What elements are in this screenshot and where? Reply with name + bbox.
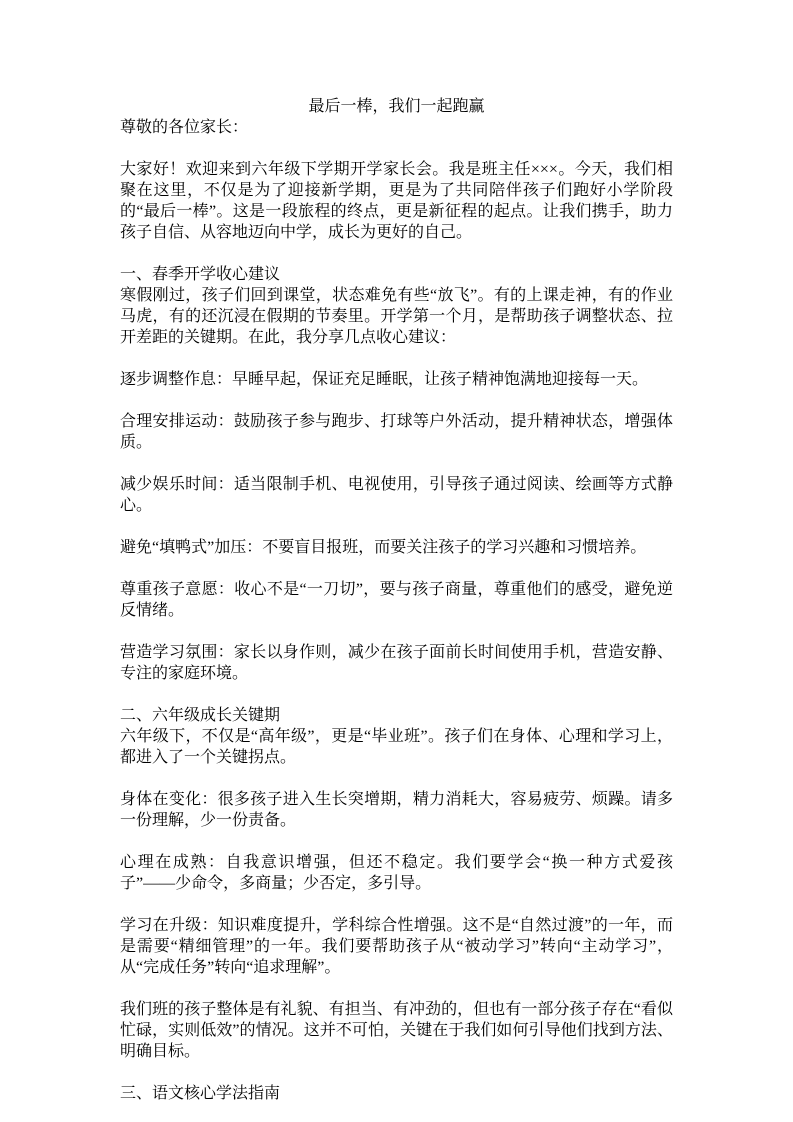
section-2-lead: 六年级下，不仅是“高年级”，更是“毕业班”。孩子们在身体、心理和学习上，都进入了… bbox=[120, 726, 673, 768]
section-1-tip-exercise: 合理安排运动：鼓励孩子参与跑步、打球等户外活动，提升精神状态，增强体质。 bbox=[120, 411, 673, 453]
section-1-tip-sleep: 逐步调整作息：早睡早起，保证充足睡眠，让孩子精神饱满地迎接每一天。 bbox=[120, 369, 673, 390]
section-2-point-mind: 心理在成熟：自我意识增强，但还不稳定。我们要学会“换一种方式爱孩子”——少命令，… bbox=[120, 852, 673, 894]
section-2-point-class: 我们班的孩子整体是有礼貌、有担当、有冲劲的，但也有一部分孩子存在“看似忙碌，实则… bbox=[120, 999, 673, 1062]
salutation: 尊敬的各位家长： bbox=[120, 117, 673, 138]
document-title: 最后一棒，我们一起跑赢 bbox=[120, 96, 673, 117]
section-3-heading: 三、语文核心学法指南 bbox=[120, 1083, 673, 1104]
intro-paragraph: 大家好！欢迎来到六年级下学期开学家长会。我是班主任×××。今天，我们相聚在这里，… bbox=[120, 159, 673, 243]
section-2-point-body: 身体在变化：很多孩子进入生长突增期，精力消耗大，容易疲劳、烦躁。请多一份理解，少… bbox=[120, 789, 673, 831]
section-2-point-study: 学习在升级：知识难度提升，学科综合性增强。这不是“自然过渡”的一年，而是需要“精… bbox=[120, 915, 673, 978]
document-page: 最后一棒，我们一起跑赢 尊敬的各位家长： 大家好！欢迎来到六年级下学期开学家长会… bbox=[0, 0, 793, 1122]
section-1-heading: 一、春季开学收心建议 bbox=[120, 264, 673, 285]
section-1-tip-pressure: 避免“填鸭式”加压：不要盲目报班，而要关注孩子的学习兴趣和习惯培养。 bbox=[120, 537, 673, 558]
section-1-tip-atmosphere: 营造学习氛围：家长以身作则，减少在孩子面前长时间使用手机，营造安静、专注的家庭环… bbox=[120, 642, 673, 684]
section-1-lead: 寒假刚过，孩子们回到课堂，状态难免有些“放飞”。有的上课走神，有的作业马虎，有的… bbox=[120, 285, 673, 348]
section-1-tip-entertainment: 减少娱乐时间：适当限制手机、电视使用，引导孩子通过阅读、绘画等方式静心。 bbox=[120, 474, 673, 516]
section-2-heading: 二、六年级成长关键期 bbox=[120, 705, 673, 726]
section-1-tip-respect: 尊重孩子意愿：收心不是“一刀切”，要与孩子商量，尊重他们的感受，避免逆反情绪。 bbox=[120, 579, 673, 621]
